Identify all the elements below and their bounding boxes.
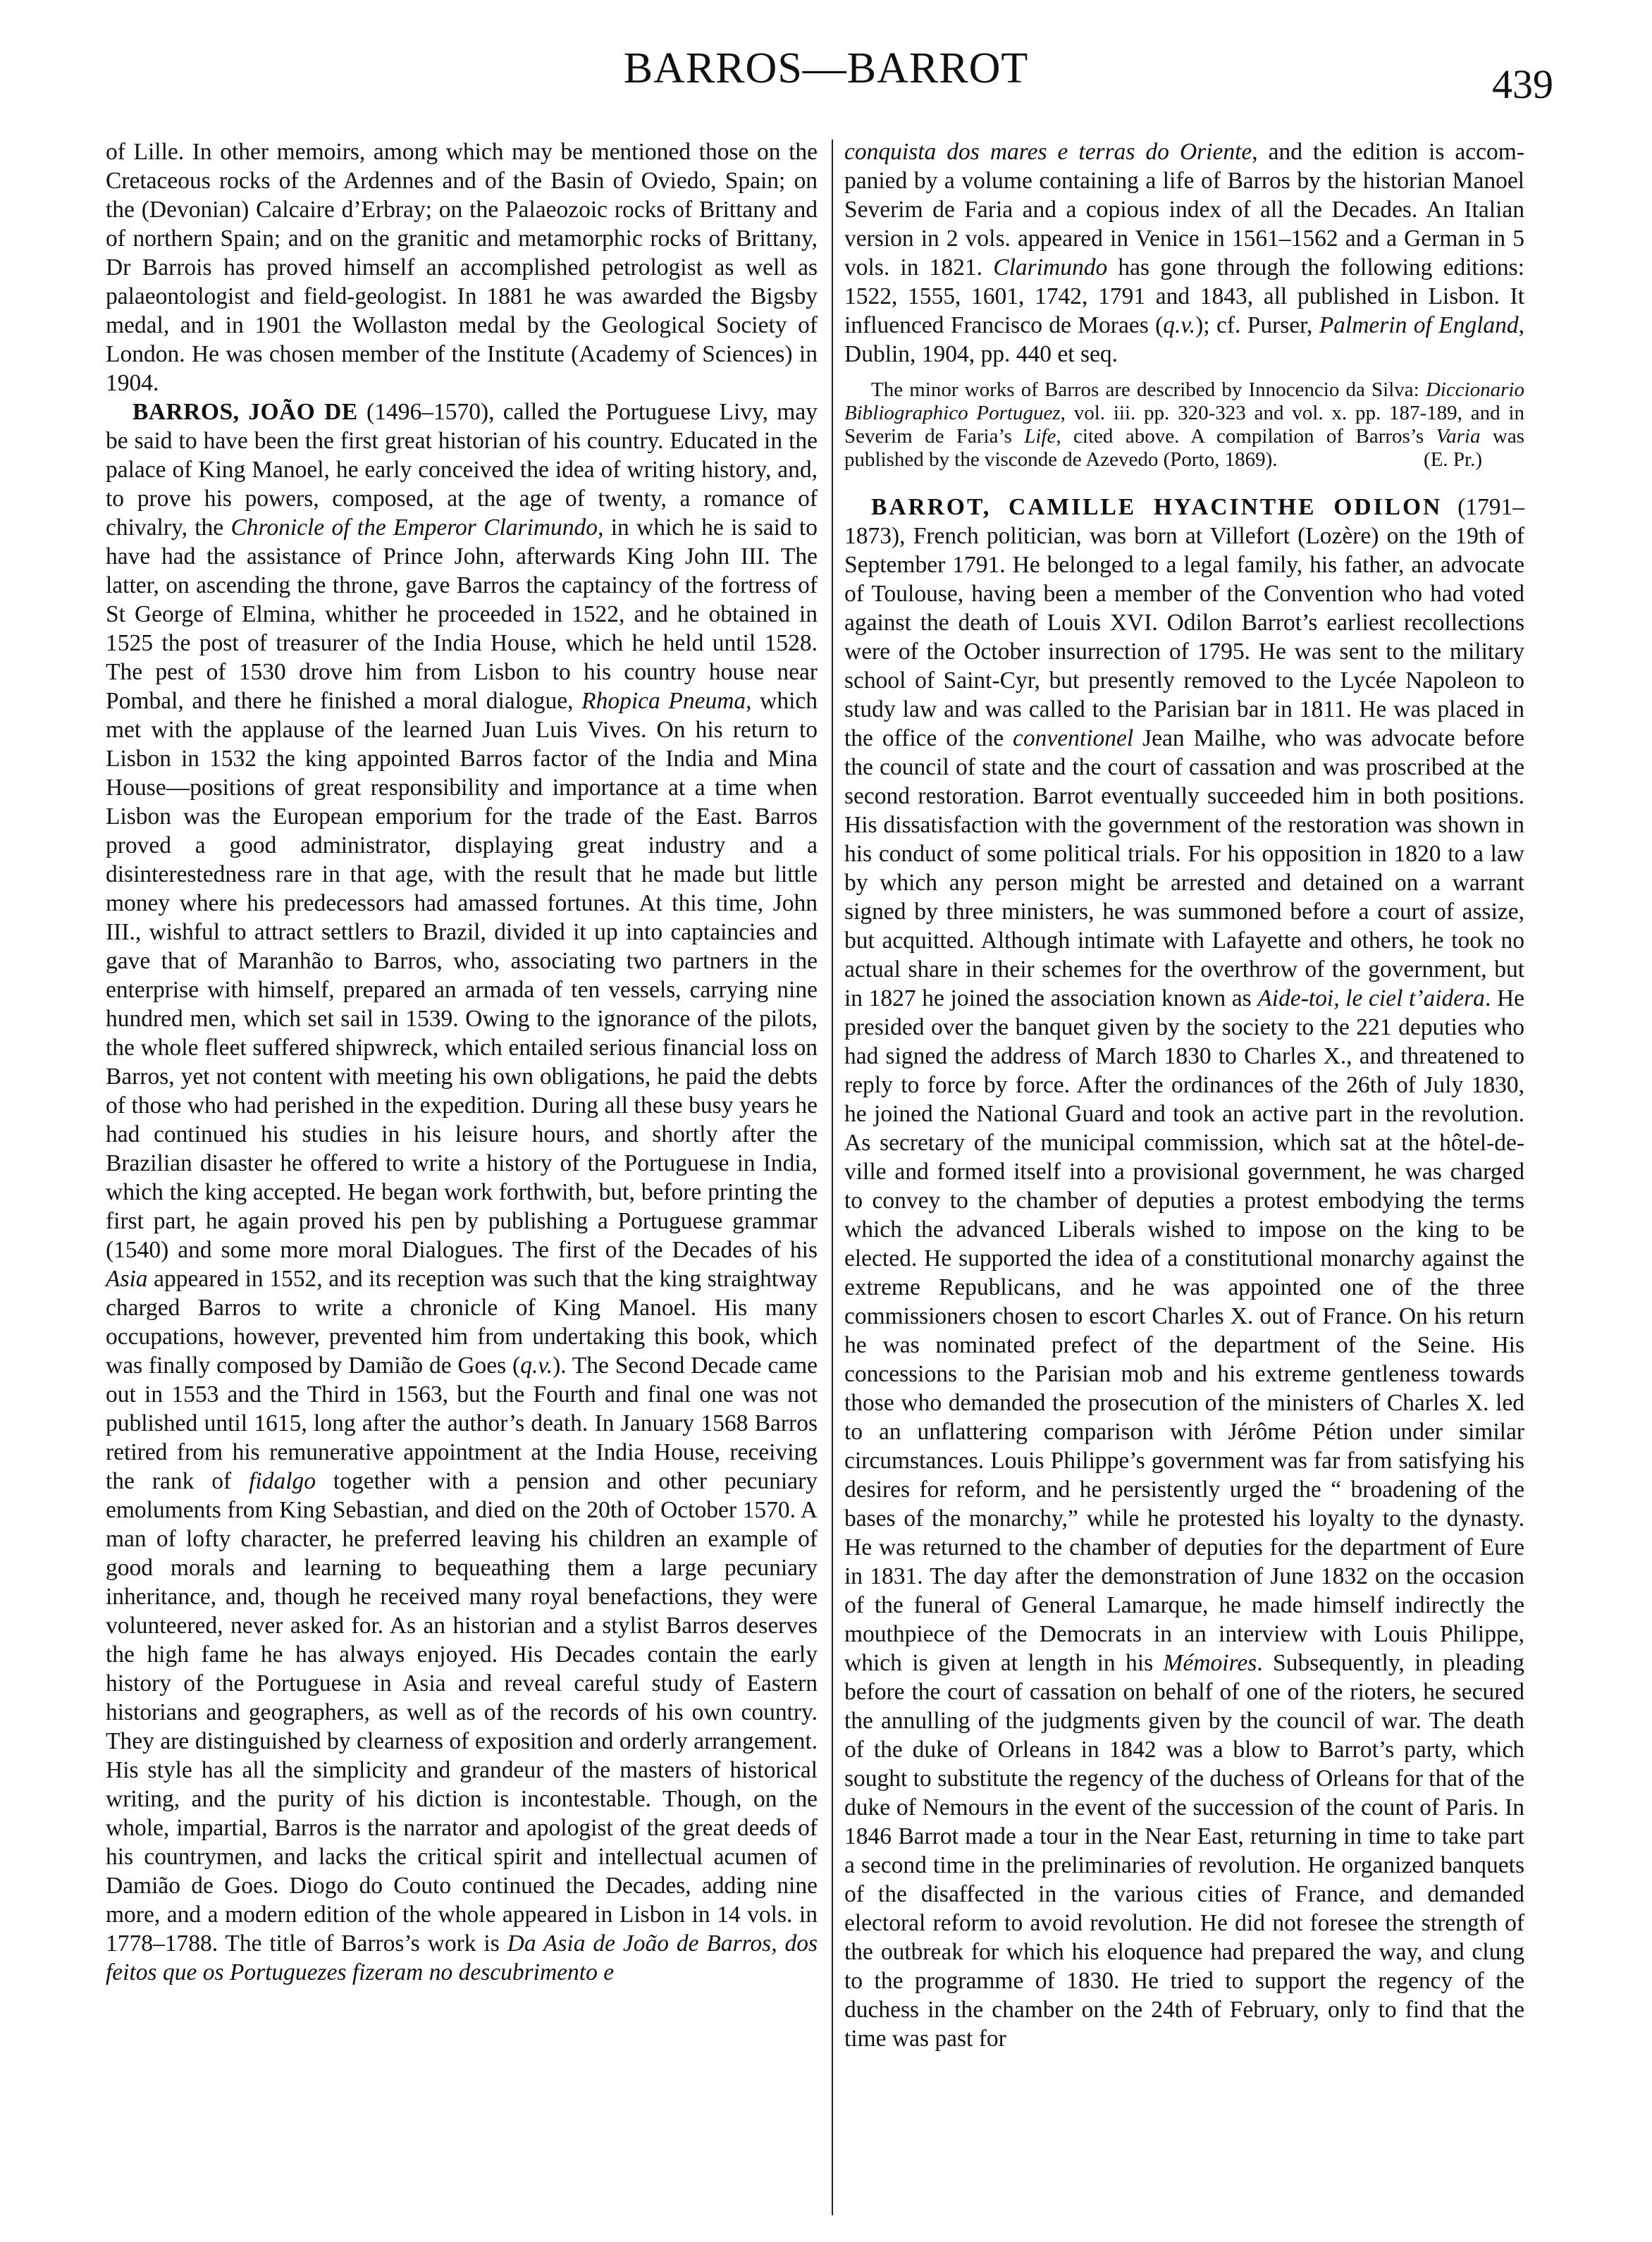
paragraph-barrois-continued: of Lille. In other memoirs, among which … [106,137,818,398]
paragraph-barrot-entry: BARROT, CAMILLE HYACINTHE ODILON (1791–1… [844,493,1524,2053]
cross-reference: q.v. [520,1353,553,1379]
entry-heading-barrot: BARROT, CAMILLE HYACINTHE ODILON [871,494,1442,520]
italic-title: Mémoires [1164,1650,1257,1676]
section-gap [844,472,1524,493]
italic-term: fidalgo [249,1468,316,1494]
italic-title: Palmerin of England [1319,312,1519,338]
author-signature: (E. Pr.) [1397,448,1482,472]
paragraph-text: of Lille. In other memoirs, among which … [106,139,818,396]
italic-title: Life [1024,425,1056,448]
italic-title: Chronicle of the Emperor Clarimundo [230,515,598,541]
paragraph-text: , which met with the applause of the lea… [106,688,818,1263]
paragraph-text: . He presided over the banquet given by … [844,985,1524,1676]
right-column: conquista dos mares e terras do Oriente,… [844,137,1524,2053]
left-column: of Lille. In other memoirs, among which … [106,137,818,1987]
page-header: BARROS—BARROT 439 [0,44,1652,100]
column-divider [832,140,833,2215]
paragraph-text: , in which he is said to have had the as… [106,515,818,714]
paragraph-text: ); cf. Purser, [1195,312,1319,338]
note-text: The minor works of Barros are described … [871,378,1426,401]
italic-term: conventionel [1013,725,1133,751]
paragraph-barros-continued: conquista dos mares e terras do Oriente,… [844,137,1524,369]
paragraph-text: together with a pension and other pecuni… [106,1468,818,1957]
cross-reference: q.v. [1163,312,1195,338]
running-title: BARROS—BARROT [0,44,1652,94]
paragraph-barros-entry: BARROS, JOÃO DE (1496–1570), called the … [106,398,818,1987]
italic-motto: Aide-toi, le ciel t’aidera [1257,985,1485,1011]
italic-title: conquista dos mares e terras do Oriente [844,139,1252,165]
paragraph-text: Jean Mailhe, who was advocate before the… [844,725,1524,1011]
italic-title: Clarimundo [993,254,1107,281]
entry-heading-barros: BARROS, JOÃO DE [132,399,358,425]
italic-title: Asia [106,1266,148,1292]
italic-title: Rhopica Pneuma [581,688,746,714]
bibliography-note: The minor works of Barros are described … [844,378,1524,472]
paragraph-text: (1791–1873), French politician, was born… [844,494,1524,751]
page-number: 439 [1492,61,1553,108]
note-text: , cited above. A com­pilation of Barros’… [1056,425,1436,448]
italic-title: Varia [1436,425,1481,448]
paragraph-text: . Subsequently, in pleading before the c… [844,1650,1524,2052]
